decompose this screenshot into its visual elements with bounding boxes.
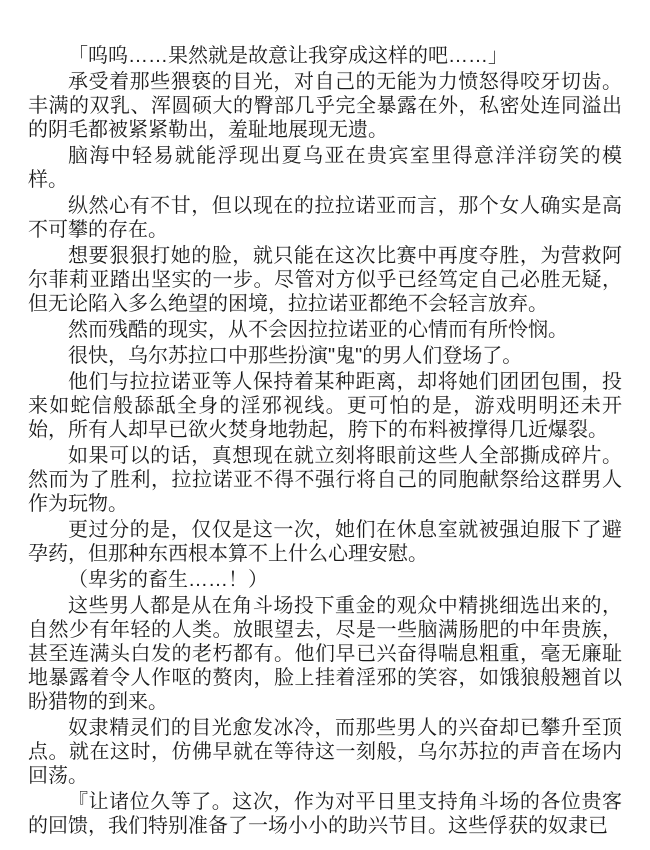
- document-page: 「呜呜……果然就是故意让我穿成这样的吧……」 承受着那些猥亵的目光，对自己的无能…: [0, 0, 650, 850]
- paragraph-11-inner-thought: （卑劣的畜生……！）: [28, 568, 622, 592]
- paragraph-12: 这些男人都是从在角斗场投下重金的观众中精挑细选出来的，自然少有年轻的人类。放眼望…: [28, 594, 622, 714]
- paragraph-08: 他们与拉拉诺亚等人保持着某种距离，却将她们团团包围，投来如蛇信般舔舐全身的淫邪视…: [28, 370, 622, 442]
- paragraph-02: 承受着那些猥亵的目光，对自己的无能为力愤怒得咬牙切齿。丰满的双乳、浑圆硕大的臀部…: [28, 70, 622, 142]
- paragraph-06: 然而残酷的现实，从不会因拉拉诺亚的心情而有所怜悯。: [28, 318, 622, 342]
- paragraph-13: 奴隶精灵们的目光愈发冰冷，而那些男人的兴奋却已攀升至顶点。就在这时，仿佛早就在等…: [28, 716, 622, 788]
- paragraph-05: 想要狠狠打她的脸，就只能在这次比赛中再度夺胜，为营救阿尔菲莉亚踏出坚实的一步。尽…: [28, 244, 622, 316]
- paragraph-01-dialogue: 「呜呜……果然就是故意让我穿成这样的吧……」: [28, 44, 622, 68]
- paragraph-09: 如果可以的话，真想现在就立刻将眼前这些人全部撕成碎片。然而为了胜利，拉拉诺亚不得…: [28, 444, 622, 516]
- paragraph-04: 纵然心有不甘，但以现在的拉拉诺亚而言，那个女人确实是高不可攀的存在。: [28, 194, 622, 242]
- page: { "page": { "background_color": "#ffffff…: [0, 0, 650, 850]
- paragraph-07: 很快，乌尔苏拉口中那些扮演"鬼"的男人们登场了。: [28, 344, 622, 368]
- paragraph-03: 脑海中轻易就能浮现出夏乌亚在贵宾室里得意洋洋窃笑的模样。: [28, 144, 622, 192]
- paragraph-14-announcement: 『让诸位久等了。这次，作为对平日里支持角斗场的各位贵客的回馈，我们特别准备了一场…: [28, 790, 622, 838]
- paragraph-10: 更过分的是，仅仅是这一次，她们在休息室就被强迫服下了避孕药，但那种东西根本算不上…: [28, 518, 622, 566]
